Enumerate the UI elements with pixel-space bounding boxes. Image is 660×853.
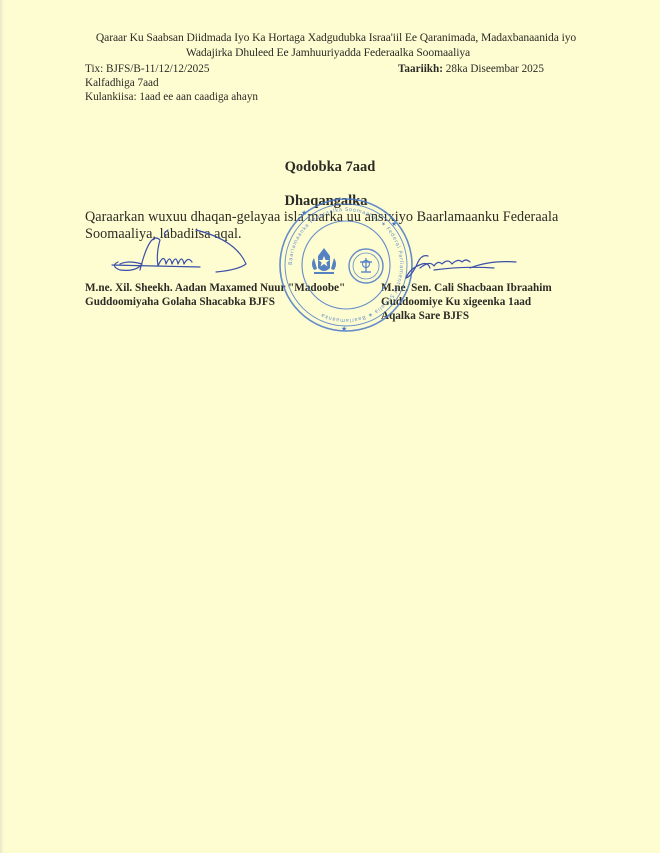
article-heading: Qodobka 7aad: [0, 159, 660, 176]
left-signatory-title: Guddoomiyaha Golaha Shacabka BJFS: [85, 295, 275, 309]
right-signatory-name: M.ne. Sen. Cali Shacbaan Ibraahim: [381, 281, 552, 295]
date-value: 28ka Diseembar 2025: [446, 63, 544, 75]
date-label: Taariikh:: [398, 63, 443, 75]
body-text-line-2: Soomaaliya, labadiisa aqal.: [85, 226, 605, 243]
meeting-label: Kulankiisa: 1aad ee aan caadiga ahayn: [85, 91, 258, 103]
right-signature-icon: [406, 256, 516, 278]
handwritten-signatures: [0, 0, 660, 853]
parliament-seal-icon: ★ ★ ★ Baarlamaanka Federaalka Soomaaliya…: [0, 0, 660, 853]
document-page: Qaraar Ku Saabsan Diidmada Iyo Ka Hortag…: [0, 0, 660, 853]
right-signatory-body: Aqalka Sare BJFS: [381, 309, 469, 323]
document-title-line-1: Qaraar Ku Saabsan Diidmada Iyo Ka Hortag…: [6, 31, 660, 44]
body-text-line-1: Qaraarkan wuxuu dhaqan-gelayaa isla mark…: [85, 209, 605, 226]
svg-text:★: ★: [341, 325, 347, 333]
session-label: Kalfadhiga 7aad: [85, 77, 159, 89]
reference-number: Tix: BJFS/B-11/12/12/2025: [85, 63, 209, 75]
document-title-line-2: Wadajirka Dhuleed Ee Jamhuuriyadda Feder…: [0, 46, 658, 59]
section-heading: Dhaqangalka: [0, 193, 656, 210]
right-signatory-title: Guddoomiye Ku xigeenka 1aad: [381, 295, 531, 309]
document-date: Taariikh: 28ka Diseembar 2025: [398, 63, 544, 75]
left-signatory-name: M.ne. Xil. Sheekh. Aadan Maxamed Nuur "M…: [85, 281, 345, 295]
